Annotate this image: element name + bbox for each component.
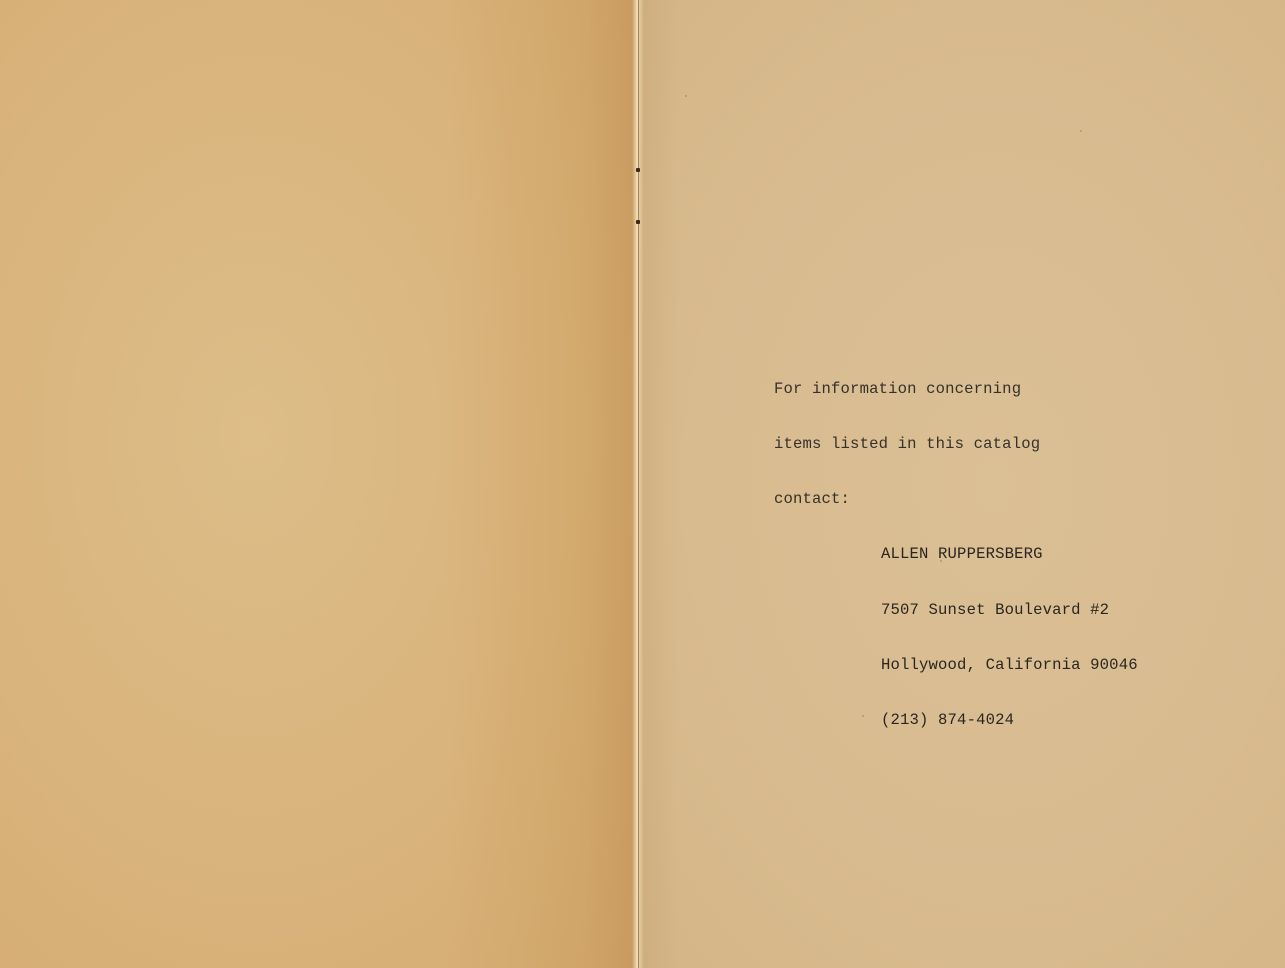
left-page-blank [0,0,636,968]
contact-phone: (213) 874-4024 [881,711,1138,729]
contact-street: 7507 Sunset Boulevard #2 [881,601,1138,619]
contact-name: ALLEN RUPPERSBERG [881,545,1138,563]
contact-information-block: For information concerning items listed … [774,343,1138,766]
catalog-spread: For information concerning items listed … [0,0,1285,968]
paper-speck [1080,130,1082,132]
contact-city-state-zip: Hollywood, California 90046 [881,656,1138,674]
binding-thread [638,0,639,968]
staple-mark-top [636,168,640,172]
paper-speck [685,95,687,97]
intro-line-3: contact: [774,490,1138,508]
staple-mark-bottom [636,220,640,224]
intro-line-2: items listed in this catalog [774,435,1138,453]
intro-line-1: For information concerning [774,380,1138,398]
